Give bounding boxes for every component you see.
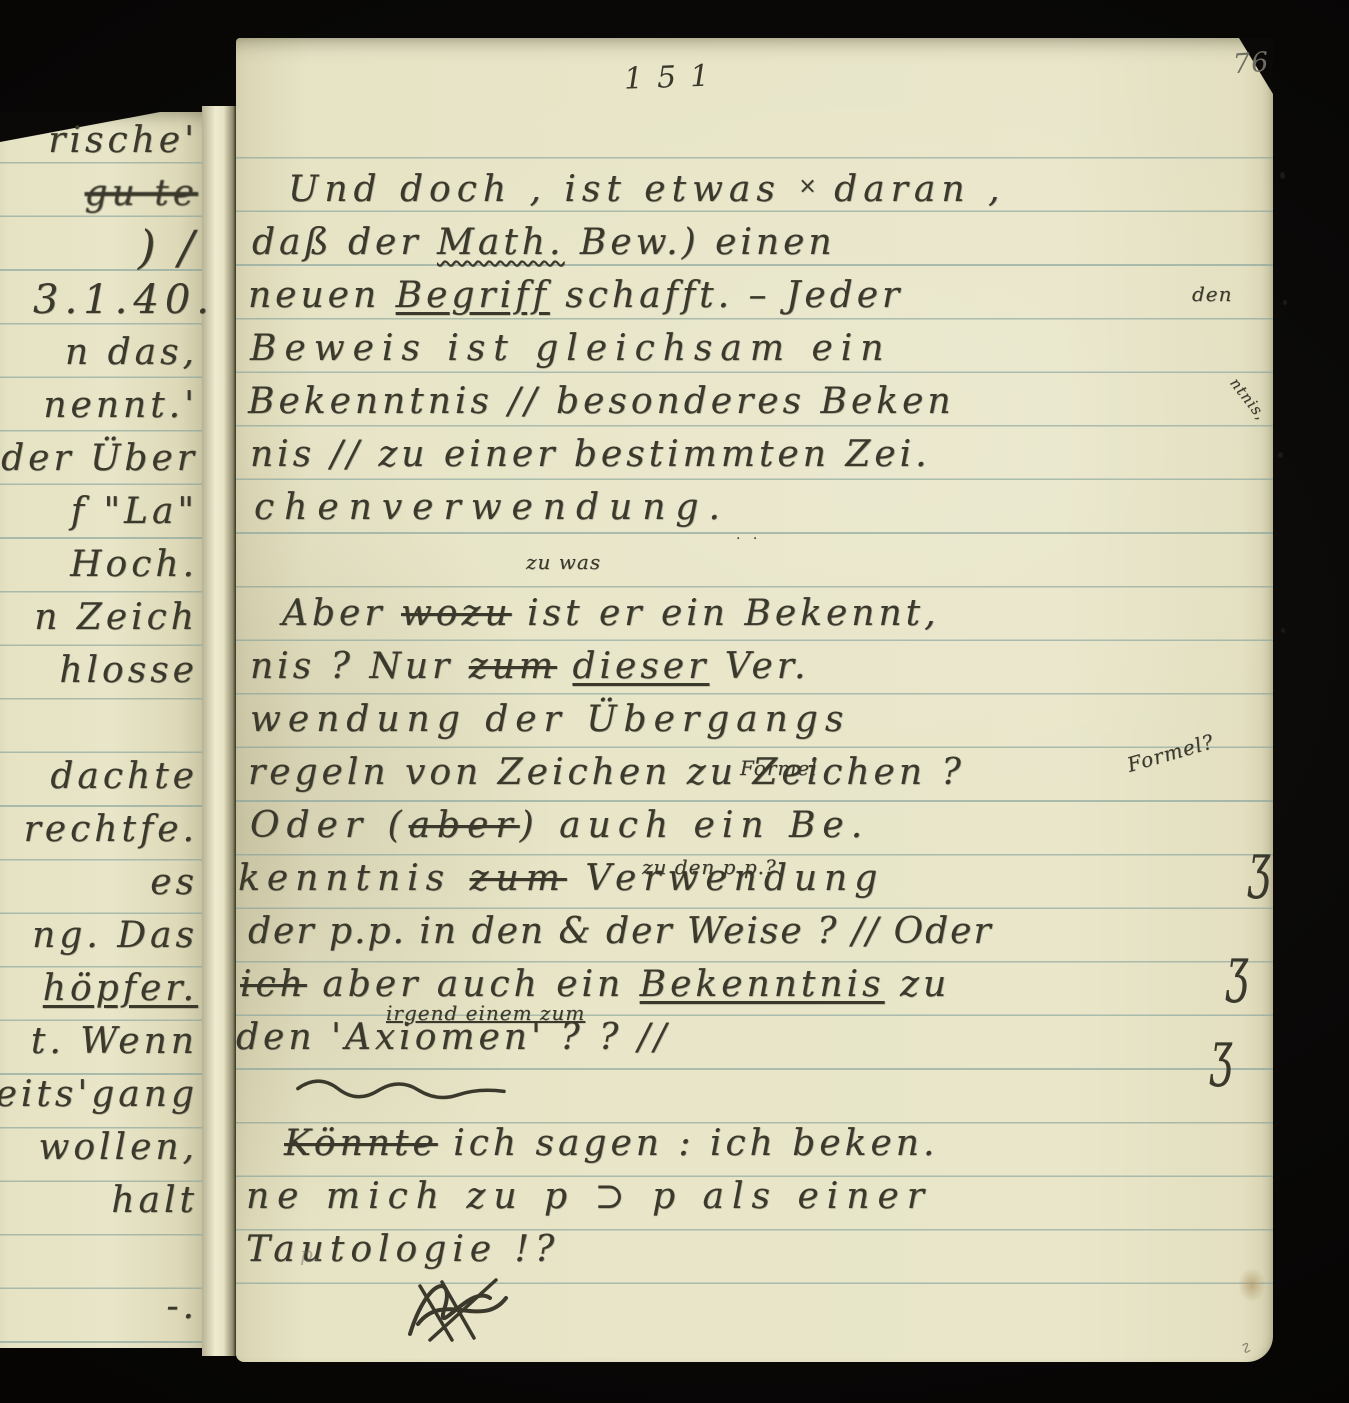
- handwritten-line: rische': [48, 115, 198, 167]
- handwritten-line: rechtfe.: [24, 804, 198, 856]
- handwritten-line: keits'gang: [0, 1069, 198, 1121]
- handwritten-line: wollen,: [39, 1122, 198, 1174]
- handwritten-line: höpfer.: [43, 963, 198, 1015]
- paper-stain: [1238, 1268, 1266, 1302]
- handwritten-line: wendung der Übergangs: [250, 694, 850, 746]
- interlinear-insertion: zu was: [526, 551, 601, 573]
- handwritten-line: Könnte ich sagen : ich beken.: [284, 1118, 938, 1170]
- handwritten-line: Oder (aber) auch ein Be.: [250, 800, 869, 852]
- handwritten-line: der Über: [1, 433, 198, 485]
- ink-speck: [1278, 452, 1283, 458]
- handwritten-line: ng. Das: [32, 910, 198, 962]
- handwritten-line: halt: [111, 1175, 198, 1227]
- ink-speck: [1280, 172, 1285, 179]
- ink-speck: [1281, 628, 1285, 633]
- handwritten-line: nis ? Nur zum dieser Ver.: [250, 641, 809, 693]
- handwritten-line: t. Wenn: [31, 1016, 198, 1068]
- handwritten-line: ) /: [138, 221, 198, 273]
- ink-dots: · ·: [736, 531, 761, 547]
- handwritten-line: Aber wozu ist er ein Bekennt,: [282, 588, 940, 640]
- handwritten-line: f "La": [71, 486, 198, 538]
- handwritten-line: kenntnis zum Verwendung: [238, 853, 884, 905]
- page-number-ink: 151: [623, 60, 723, 95]
- handwritten-line: ne mich zu p ⊃ p als einer: [246, 1171, 932, 1223]
- handwritten-line: dachte: [50, 751, 198, 803]
- handwritten-line: -.: [166, 1281, 198, 1333]
- crossed-out-word: gu te: [85, 168, 198, 220]
- handwritten-line: chenverwendung.: [254, 482, 730, 534]
- handwritten-line: ich aber auch ein Bekenntnis zu: [240, 959, 950, 1011]
- handwritten-line: der p.p. in den & der Weise ? // Oder: [248, 906, 993, 958]
- interlinear-insertion: Formel: [740, 757, 818, 779]
- handwritten-line: n Zeich: [34, 592, 198, 644]
- handwritten-line: es: [150, 857, 198, 909]
- handwritten-line: Hoch.: [70, 539, 198, 591]
- handwritten-line: nennt.': [43, 380, 198, 432]
- handwritten-line: n das,: [65, 327, 198, 379]
- margin-squiggle-mark: ʒ: [1226, 940, 1249, 1000]
- margin-squiggle-mark: ʒ: [1210, 1024, 1233, 1084]
- ink-speck: [1283, 300, 1287, 305]
- date: 3.1.40.: [33, 274, 215, 326]
- handwritten-line: Beweis ist gleichsam ein: [250, 323, 891, 375]
- crossed-out-scribble: [398, 1268, 528, 1348]
- handwritten-line: Bekenntnis // besonderes Beken: [248, 376, 955, 428]
- faint-pencil-mark: p.: [300, 1242, 319, 1266]
- manuscript-scan: 151 76 rische' gu te ) / 3.1.40. n das, …: [0, 0, 1349, 1403]
- interlinear-insertion: zu den p.p.?: [642, 856, 777, 878]
- interlinear-insertion: den: [1192, 283, 1233, 305]
- interlinear-insertion: irgend einem zum: [386, 1002, 585, 1024]
- handwritten-line: regeln von Zeichen zu Zeichen ?: [248, 747, 965, 799]
- handwritten-line: Und doch , ist etwas × daran ,: [288, 164, 1005, 221]
- handwritten-line: hlosse: [59, 645, 198, 697]
- handwritten-line: daß der Math. Bew.) einen: [252, 217, 836, 269]
- folio-number-pencil: 76: [1232, 49, 1270, 79]
- margin-squiggle-mark: ʒ: [1248, 836, 1271, 896]
- handwritten-line: nis // zu einer bestimmten Zei.: [250, 429, 931, 481]
- handwritten-line: neuen Begriff schafft. – Jeder: [248, 270, 903, 322]
